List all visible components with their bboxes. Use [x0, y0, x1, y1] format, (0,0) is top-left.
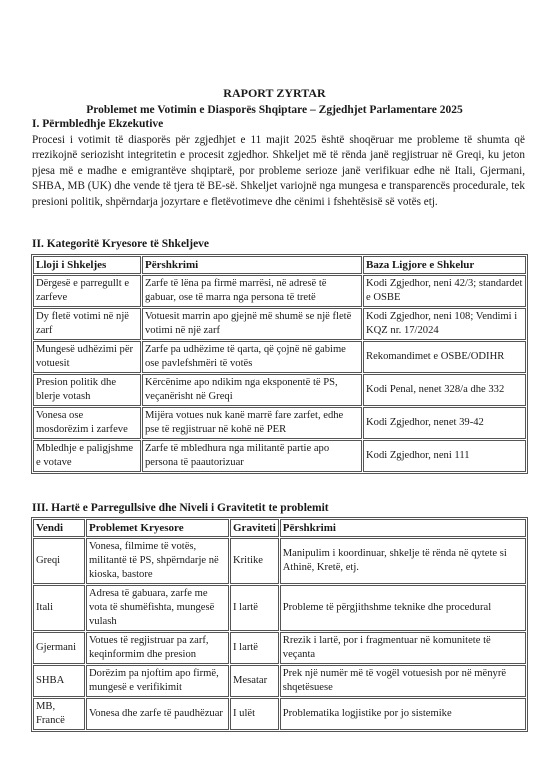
table-header-row: Lloji i Shkeljes Përshkrimi Baza Ligjore… [33, 256, 526, 274]
table-cell: Vonesa, filmime të votës, militantë të P… [86, 538, 229, 584]
column-header: Problemet Kryesore [86, 519, 229, 537]
table-cell: Kodi Zgjedhor, neni 108; Vendimi i KQZ n… [363, 308, 526, 340]
table-row: Mungesë udhëzimi për votuesitZarfe pa ud… [33, 341, 526, 373]
table-cell: Dorëzim pa njoftim apo firmë, mungesë e … [86, 665, 229, 697]
column-header: Lloji i Shkeljes [33, 256, 141, 274]
scan-artifact [2, 0, 42, 14]
table-cell: I lartë [230, 632, 279, 664]
table-cell: Vonesa ose mosdorëzim i zarfeve [33, 407, 141, 439]
table-cell: Mbledhje e paligjshme e votave [33, 440, 141, 472]
table-cell: Kodi Zgjedhor, neni 111 [363, 440, 526, 472]
table-cell: Zarfe të lëna pa firmë marrësi, në adres… [142, 275, 362, 307]
table-cell: Mijëra votues nuk kanë marrë fare zarfet… [142, 407, 362, 439]
table-cell: Mungesë udhëzimi për votuesit [33, 341, 141, 373]
column-header: Përshkrimi [142, 256, 362, 274]
violation-categories-table: Lloji i Shkeljes Përshkrimi Baza Ligjore… [31, 254, 528, 474]
table-cell: Presion politik dhe blerje votash [33, 374, 141, 406]
table-cell: Kodi Zgjedhor, neni 42/3; standardet e O… [363, 275, 526, 307]
table-cell: SHBA [33, 665, 85, 697]
column-header: Vendi [33, 519, 85, 537]
table-cell: Dy fletë votimi në një zarf [33, 308, 141, 340]
section-heading-irregularities-map: III. Hartë e Parregullsive dhe Niveli i … [32, 502, 329, 514]
executive-summary-paragraph: Procesi i votimit të diasporës për zgjed… [32, 133, 525, 210]
table-row: GreqiVonesa, filmime të votës, militantë… [33, 538, 526, 584]
table-cell: Kritike [230, 538, 279, 584]
table-cell: Prek një numër më të vogël votuesish por… [280, 665, 526, 697]
table-cell: Kodi Penal, nenet 328/a dhe 332 [363, 374, 526, 406]
table-cell: Zarfe të mbledhura nga militantë partie … [142, 440, 362, 472]
column-header: Përshkrimi [280, 519, 526, 537]
document-subtitle: Problemet me Votimin e Diasporës Shqipta… [0, 104, 549, 116]
severity-by-country-table: Vendi Problemet Kryesore Graviteti Përsh… [31, 517, 528, 732]
table-row: Dy fletë votimi në një zarfVotuesit marr… [33, 308, 526, 340]
table-row: Dërgesë e parregullt e zarfeveZarfe të l… [33, 275, 526, 307]
table-row: Presion politik dhe blerje votashKërcëni… [33, 374, 526, 406]
document-title: RAPORT ZYRTAR [0, 86, 549, 101]
table-cell: I lartë [230, 585, 279, 631]
section-heading-violation-categories: II. Kategoritë Kryesore të Shkeljeve [32, 238, 209, 250]
table-cell: Problematika logjistike por jo sistemike [280, 698, 526, 730]
table-cell: Gjermani [33, 632, 85, 664]
table-cell: Adresa të gabuara, zarfe me vota të shum… [86, 585, 229, 631]
table-cell: Manipulim i koordinuar, shkelje të rënda… [280, 538, 526, 584]
table-row: Vonesa ose mosdorëzim i zarfeveMijëra vo… [33, 407, 526, 439]
table-cell: Greqi [33, 538, 85, 584]
table-cell: Dërgesë e parregullt e zarfeve [33, 275, 141, 307]
column-header: Baza Ligjore e Shkelur [363, 256, 526, 274]
table-header-row: Vendi Problemet Kryesore Graviteti Përsh… [33, 519, 526, 537]
table-cell: I ulët [230, 698, 279, 730]
table-cell: Votues të regjistruar pa zarf, keqinform… [86, 632, 229, 664]
table-cell: Kërcënime apo ndikim nga eksponentë të P… [142, 374, 362, 406]
table-cell: Mesatar [230, 665, 279, 697]
table-cell: MB, Francë [33, 698, 85, 730]
table-cell: Rrezik i lartë, por i fragmentuar në kom… [280, 632, 526, 664]
column-header: Graviteti [230, 519, 279, 537]
table-row: SHBADorëzim pa njoftim apo firmë, munges… [33, 665, 526, 697]
table-cell: Vonesa dhe zarfe të paudhëzuar [86, 698, 229, 730]
table-cell: Rekomandimet e OSBE/ODIHR [363, 341, 526, 373]
table-cell: Itali [33, 585, 85, 631]
table-row: Mbledhje e paligjshme e votaveZarfe të m… [33, 440, 526, 472]
table-cell: Probleme të përgjithshme teknike dhe pro… [280, 585, 526, 631]
table-cell: Kodi Zgjedhor, nenet 39-42 [363, 407, 526, 439]
table-cell: Zarfe pa udhëzime të qarta, që çojnë në … [142, 341, 362, 373]
table-cell: Votuesit marrin apo gjejnë më shumë se n… [142, 308, 362, 340]
section-heading-executive-summary: I. Përmbledhje Ekzekutive [32, 118, 163, 130]
table-row: GjermaniVotues të regjistruar pa zarf, k… [33, 632, 526, 664]
table-row: MB, FrancëVonesa dhe zarfe të paudhëzuar… [33, 698, 526, 730]
table-row: ItaliAdresa të gabuara, zarfe me vota të… [33, 585, 526, 631]
